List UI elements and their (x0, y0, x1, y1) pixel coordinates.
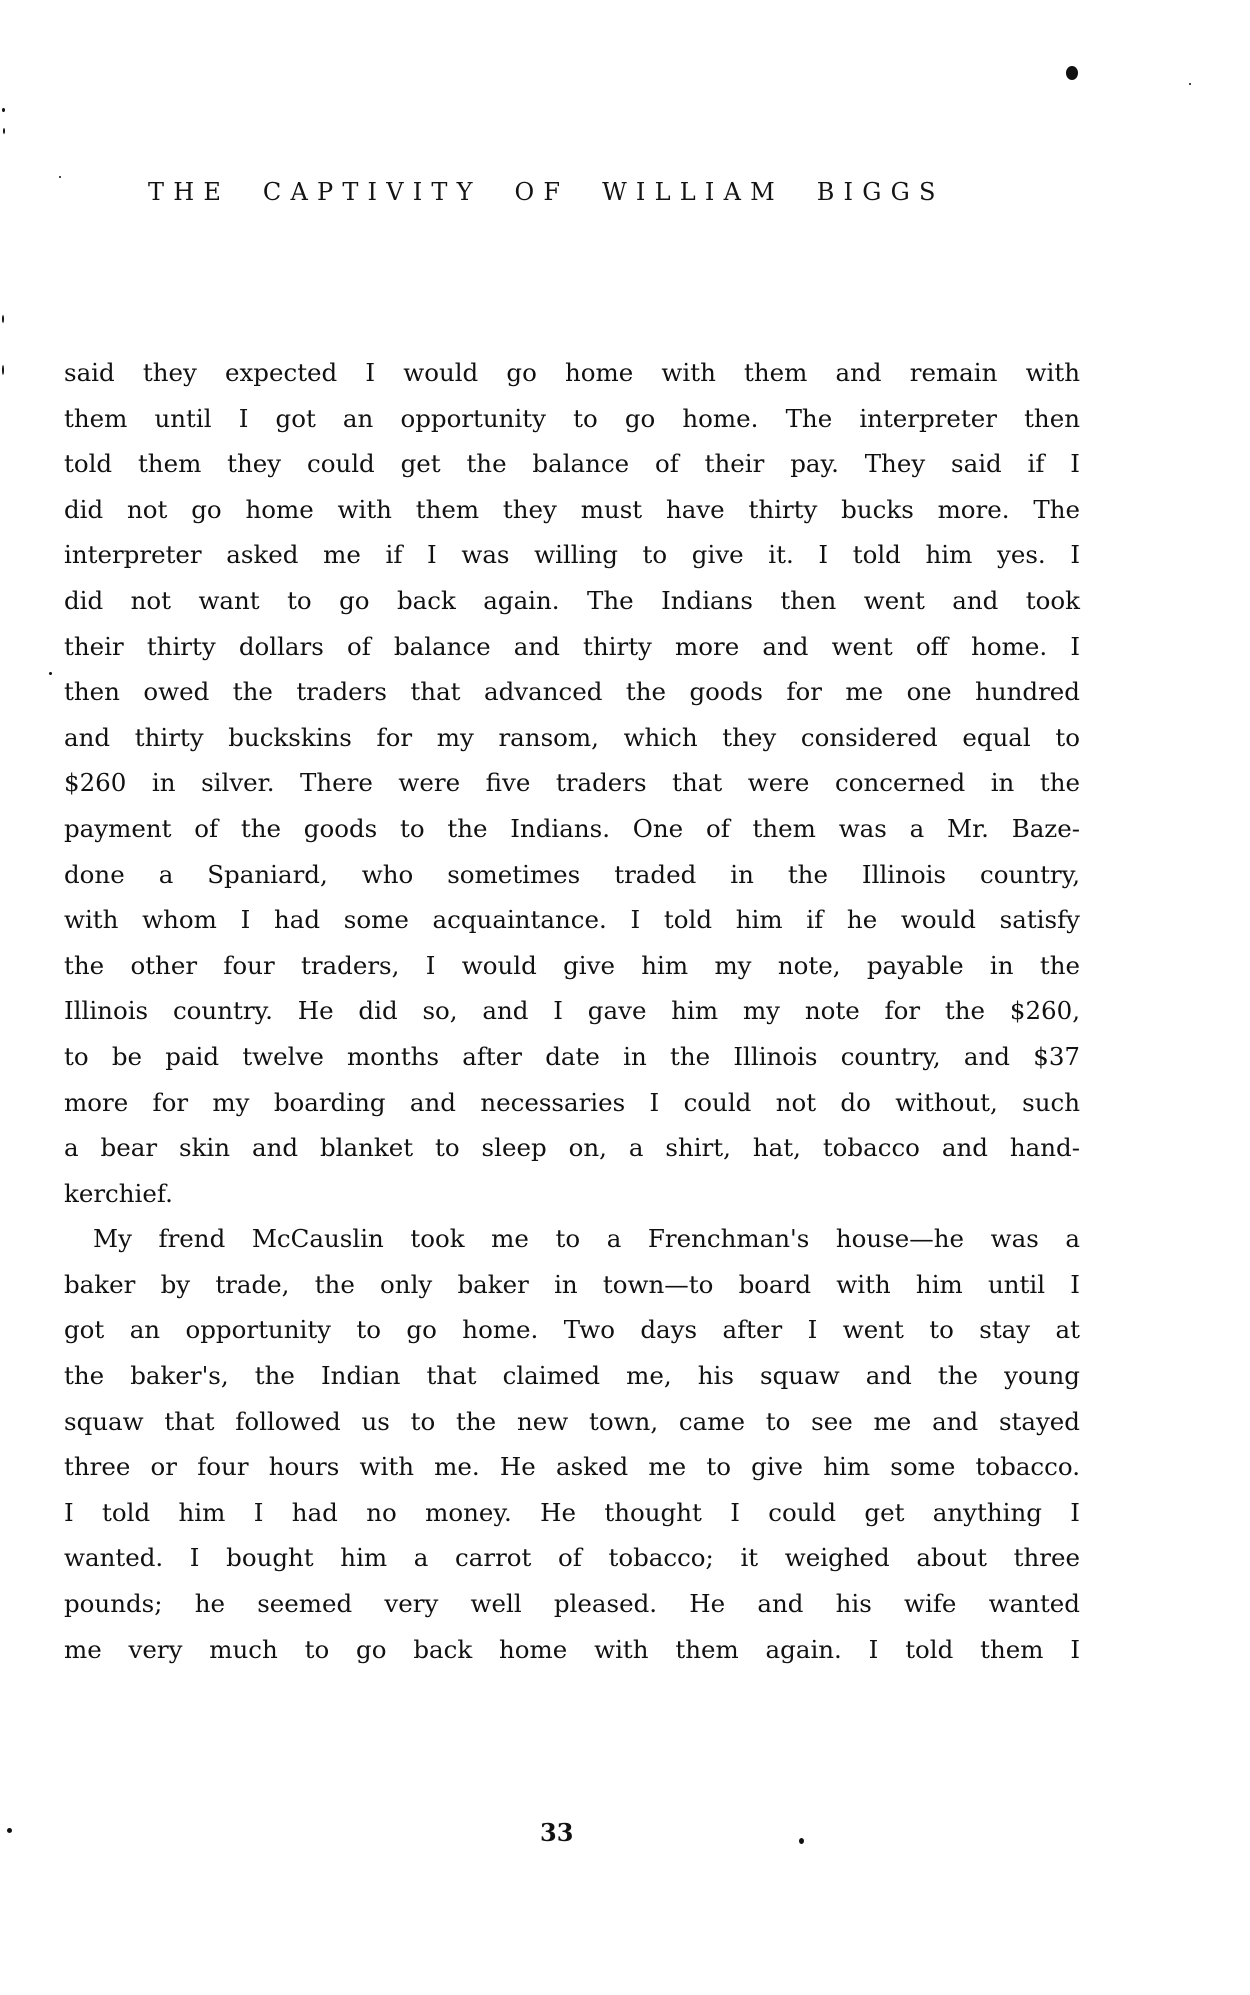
ink-dot (1189, 83, 1191, 85)
text-line: My frend McCauslin took me to a Frenchma… (64, 1216, 1080, 1262)
text-line: them until I got an opportunity to go ho… (64, 396, 1080, 442)
text-line: I told him I had no money. He thought I … (64, 1490, 1080, 1536)
text-line: with whom I had some acquaintance. I tol… (64, 897, 1080, 943)
text-line: got an opportunity to go home. Two days … (64, 1307, 1080, 1353)
text-line: to be paid twelve months after date in t… (64, 1034, 1080, 1080)
ink-dot (7, 1828, 12, 1833)
ink-dot (49, 672, 52, 675)
text-line: pounds; he seemed very well pleased. He … (64, 1581, 1080, 1627)
text-line: interpreter asked me if I was willing to… (64, 532, 1080, 578)
ink-dot (1066, 66, 1078, 80)
page-number: 33 (540, 1818, 573, 1847)
text-line: payment of the goods to the Indians. One… (64, 806, 1080, 852)
paragraph-1: said they expected I would go home with … (64, 350, 1080, 1216)
text-line: their thirty dollars of balance and thir… (64, 624, 1080, 670)
text-line: did not want to go back again. The India… (64, 578, 1080, 624)
text-line: and thirty buckskins for my ransom, whic… (64, 715, 1080, 761)
text-line: squaw that followed us to the new town, … (64, 1399, 1080, 1445)
ink-dot (799, 1838, 804, 1844)
text-line: said they expected I would go home with … (64, 350, 1080, 396)
ink-dot (3, 128, 5, 134)
running-head: THE CAPTIVITY OF WILLIAM BIGGS (148, 178, 998, 206)
book-page: THE CAPTIVITY OF WILLIAM BIGGS said they… (0, 0, 1250, 1995)
text-line: the baker's, the Indian that claimed me,… (64, 1353, 1080, 1399)
text-line: did not go home with them they must have… (64, 487, 1080, 533)
ink-dot (2, 108, 5, 112)
text-line: $260 in silver. There were five traders … (64, 760, 1080, 806)
body-text: said they expected I would go home with … (64, 350, 1080, 1672)
text-line: me very much to go back home with them a… (64, 1627, 1080, 1673)
ink-dot (2, 315, 4, 323)
text-line: the other four traders, I would give him… (64, 943, 1080, 989)
ink-dot (59, 176, 61, 178)
text-line: done a Spaniard, who sometimes traded in… (64, 852, 1080, 898)
text-line: more for my boarding and necessaries I c… (64, 1080, 1080, 1126)
text-line: a bear skin and blanket to sleep on, a s… (64, 1125, 1080, 1171)
paragraph-2: My frend McCauslin took me to a Frenchma… (64, 1216, 1080, 1672)
text-line: Illinois country. He did so, and I gave … (64, 988, 1080, 1034)
text-line: kerchief. (64, 1171, 1080, 1217)
text-line: wanted. I bought him a carrot of tobacco… (64, 1535, 1080, 1581)
text-line: three or four hours with me. He asked me… (64, 1444, 1080, 1490)
text-line: then owed the traders that advanced the … (64, 669, 1080, 715)
text-line: told them they could get the balance of … (64, 441, 1080, 487)
ink-dot (2, 365, 4, 375)
text-line: baker by trade, the only baker in town—t… (64, 1262, 1080, 1308)
